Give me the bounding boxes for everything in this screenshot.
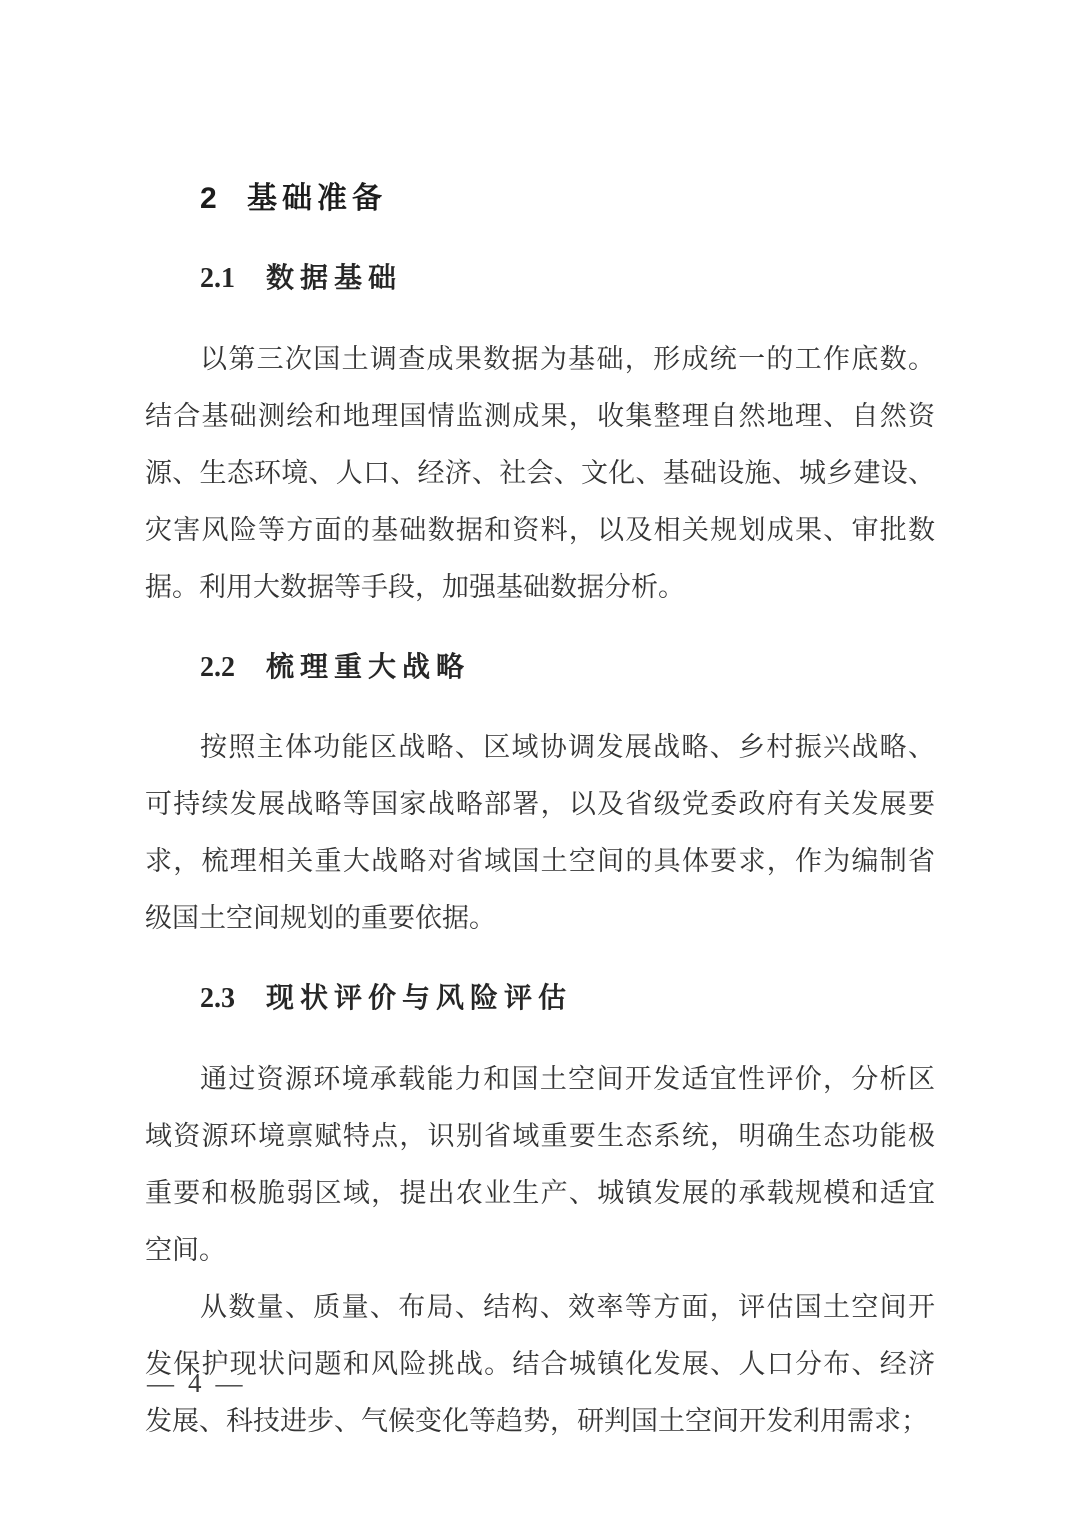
section-number: 2.3	[200, 983, 235, 1014]
page-number-dash-right: —	[216, 1368, 243, 1399]
section-title: 数据基础	[266, 263, 402, 294]
section-number: 2.2	[200, 652, 235, 683]
section-heading-2-2: 2.2 梳理重大战略	[145, 639, 935, 696]
text-line: 通过资源环境承载能力和国土空间开发适宜性评价，分析区	[145, 1051, 935, 1108]
text-line: 源、生态环境、人口、经济、社会、文化、基础设施、城乡建设、	[145, 445, 935, 502]
document-page: 2 基础准备 2.1 数据基础 以第三次国土调查成果数据为基础，形成统一的工作底…	[145, 150, 935, 1450]
text-line: 求，梳理相关重大战略对省域国土空间的具体要求，作为编制省	[145, 833, 935, 890]
section-heading-2-1: 2.1 数据基础	[145, 250, 935, 307]
text-line: 空间。	[145, 1222, 935, 1279]
section-title: 现状评价与风险评估	[266, 983, 572, 1014]
section-heading-2-3: 2.3 现状评价与风险评估	[145, 970, 935, 1027]
text-line: 级国土空间规划的重要依据。	[145, 890, 935, 947]
text-line: 结合基础测绘和地理国情监测成果，收集整理自然地理、自然资	[145, 388, 935, 445]
page-number-dash-left: —	[147, 1368, 174, 1399]
text-line: 重要和极脆弱区域，提出农业生产、城镇发展的承载规模和适宜	[145, 1165, 935, 1222]
text-line: 从数量、质量、布局、结构、效率等方面，评估国土空间开	[145, 1279, 935, 1336]
chapter-title: 基础准备	[247, 182, 387, 215]
text-line: 以第三次国土调查成果数据为基础，形成统一的工作底数。	[145, 331, 935, 388]
chapter-heading: 2 基础准备	[145, 170, 935, 227]
page-footer: — 4 —	[147, 1368, 243, 1399]
text-line: 发展、科技进步、气候变化等趋势，研判国土空间开发利用需求；	[145, 1393, 935, 1450]
text-line: 按照主体功能区战略、区域协调发展战略、乡村振兴战略、	[145, 719, 935, 776]
chapter-number: 2	[200, 182, 217, 215]
text-line: 发保护现状问题和风险挑战。结合城镇化发展、人口分布、经济	[145, 1336, 935, 1393]
text-line: 据。利用大数据等手段，加强基础数据分析。	[145, 559, 935, 616]
section-title: 梳理重大战略	[266, 652, 470, 683]
text-line: 域资源环境禀赋特点，识别省域重要生态系统，明确生态功能极	[145, 1108, 935, 1165]
section-number: 2.1	[200, 263, 235, 294]
text-line: 灾害风险等方面的基础数据和资料，以及相关规划成果、审批数	[145, 502, 935, 559]
page-number: 4	[188, 1368, 202, 1399]
text-line: 可持续发展战略等国家战略部署，以及省级党委政府有关发展要	[145, 776, 935, 833]
